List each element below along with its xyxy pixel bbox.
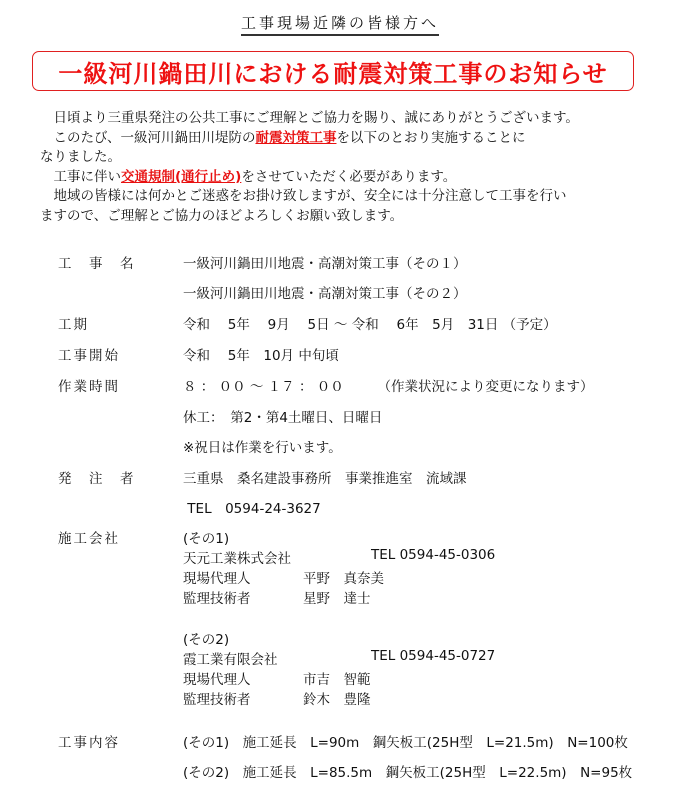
project-name-value: 一級河川鍋田川地震・高潮対策工事（その２） [183,282,467,302]
start-label: 工事開始 [58,344,120,364]
content-item: (その1) 施工延長 L=90m 鋼矢板工(25H型 L=21.5m) N=10… [183,731,628,751]
agent-role: 現場代理人 [183,567,251,587]
highlight-traffic-restriction: 交通規制(通行止め) [121,169,241,185]
greeting-heading: 工事現場近隣の皆様方へ [0,12,680,33]
project-name-label: 工 事 名 [58,252,136,272]
hours-label: 作業時間 [58,375,120,395]
engineer-role: 監理技術者 [183,688,251,708]
intro-line: 地域の皆様には何かとご迷惑をお掛け致しますが、安全には十分注意して工事を行い [40,187,660,207]
contractor-tel: TEL 0594-45-0306 [371,547,495,563]
holiday-note: ※祝日は作業を行います。 [183,436,342,456]
engineer-name: 鈴木 豊隆 [303,688,371,708]
notice-title-box: 一級河川鍋田川における耐震対策工事のお知らせ [32,51,634,91]
engineer-name: 星野 達士 [303,587,371,607]
highlight-seismic-work: 耐震対策工事 [255,130,336,146]
client-value: 三重県 桑名建設事務所 事業推進室 流域課 [183,467,467,487]
intro-line: 日頃より三重県発注の公共工事にご理解とご協力を賜り、誠にありがとうございます。 [40,109,660,129]
content-item: (その2) 施工延長 L=85.5m 鋼矢板工(25H型 L=22.5m) N=… [183,761,632,781]
period-value: 令和 5年 9月 5日 ～ 令和 6年 5月 31日 （予定） [183,313,557,333]
hours-value: ８ ： ００ ～ １７ ： ００ （作業状況により変更になります） [183,375,594,395]
agent-role: 現場代理人 [183,668,251,688]
contractor-tag: (その1) [183,527,229,547]
client-tel: TEL 0594-24-3627 [183,497,321,517]
contractor-label: 施工会社 [58,527,120,547]
engineer-role: 監理技術者 [183,587,251,607]
notice-title: 一級河川鍋田川における耐震対策工事のお知らせ [58,54,607,89]
contractor-tel: TEL 0594-45-0727 [371,648,495,664]
intro-line: なりました。 [40,148,660,168]
intro-paragraph: 日頃より三重県発注の公共工事にご理解とご協力を賜り、誠にありがとうございます。 … [40,109,660,227]
project-name-value: 一級河川鍋田川地震・高潮対策工事（その１） [183,252,467,272]
agent-name: 市吉 智範 [303,668,371,688]
client-label: 発 注 者 [58,467,136,487]
intro-line: ますので、ご理解とご協力のほどよろしくお願い致します。 [40,207,660,227]
contractor-company: 霞工業有限会社 [183,648,278,668]
contractor-company: 天元工業株式会社 [183,547,291,567]
start-value: 令和 5年 10月 中旬頃 [183,344,339,364]
intro-line: 工事に伴い交通規制(通行止め)をさせていただく必要があります。 [40,168,660,188]
contractor-tag: (その2) [183,628,229,648]
content-label: 工事内容 [58,731,120,751]
period-label: 工期 [58,313,89,333]
agent-name: 平野 真奈美 [303,567,384,587]
intro-line: このたび、一級河川鍋田川堤防の耐震対策工事を以下のとおり実施することに [40,129,660,149]
holiday-value: 休工： 第2・第4土曜日、日曜日 [183,406,382,426]
